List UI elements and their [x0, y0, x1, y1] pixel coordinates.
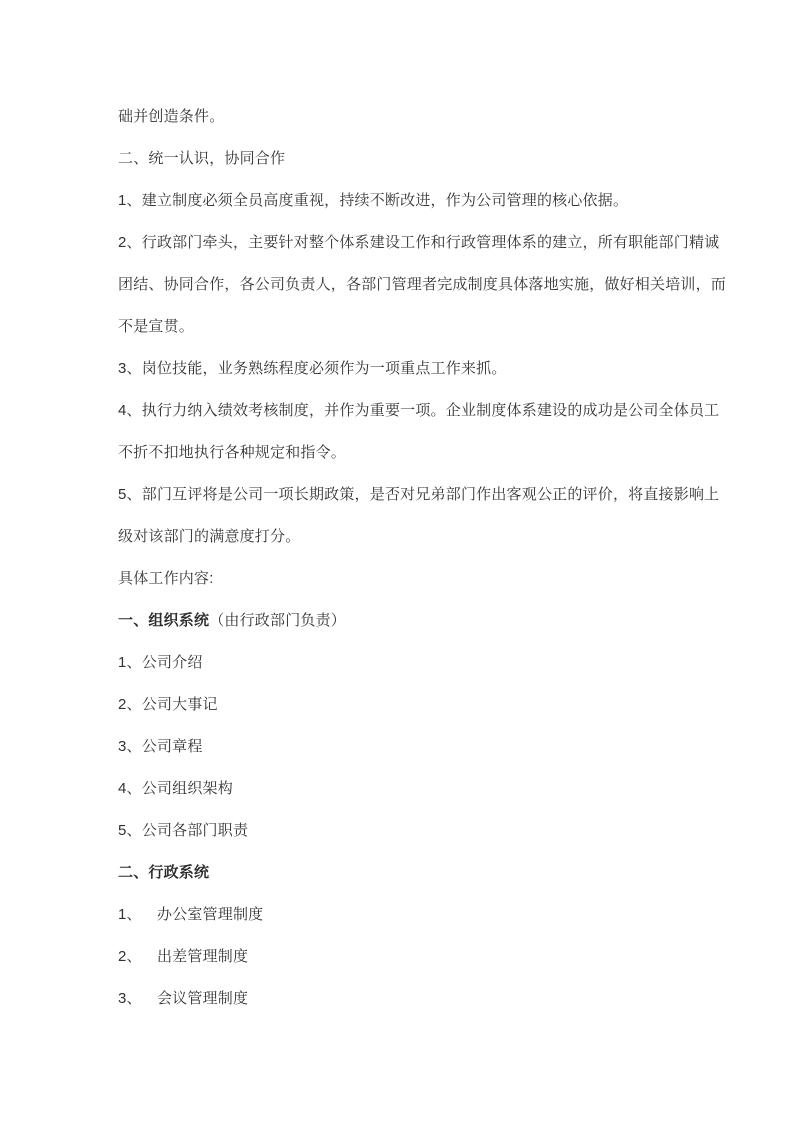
text-line: 1、公司介绍: [118, 642, 675, 684]
document-page: 础并创造条件。二、统一认识，协同合作1、建立制度必须全员高度重视，持续不断改进，…: [0, 0, 793, 1122]
text-line: 4、公司组织架构: [118, 768, 675, 810]
text-line: 2、公司大事记: [118, 684, 675, 726]
text-line: 3、岗位技能，业务熟练程度必须作为一项重点工作来抓。: [118, 348, 675, 390]
text-line: 3、公司章程: [118, 726, 675, 768]
text-line: 二、统一认识，协同合作: [118, 138, 675, 180]
text-line: 具体工作内容:: [118, 558, 675, 600]
text-line: 2、 出差管理制度: [118, 936, 675, 978]
heading-line: 二、行政系统: [118, 852, 675, 894]
text-line: 1、建立制度必须全员高度重视，持续不断改进，作为公司管理的核心依据。: [118, 180, 675, 222]
text-line: 5、部门互评将是公司一项长期政策，是否对兄弟部门作出客观公正的评价，将直接影响上: [118, 474, 675, 516]
text-line: 级对该部门的满意度打分。: [118, 516, 675, 558]
text-line: 不是宣贯。: [118, 306, 675, 348]
text-line: 团结、协同合作，各公司负责人，各部门管理者完成制度具体落地实施，做好相关培训，而: [118, 264, 675, 306]
text-line: 础并创造条件。: [118, 96, 675, 138]
heading-line: 一、组织系统（由行政部门负责）: [118, 600, 675, 642]
text-line: 1、 办公室管理制度: [118, 894, 675, 936]
text-line: 4、执行力纳入绩效考核制度，并作为重要一项。企业制度体系建设的成功是公司全体员工: [118, 390, 675, 432]
text-line: 5、公司各部门职责: [118, 810, 675, 852]
heading-regular-text: （由行政部门负责）: [209, 612, 346, 629]
text-line: 2、行政部门牵头，主要针对整个体系建设工作和行政管理体系的建立，所有职能部门精诚: [118, 222, 675, 264]
text-line: 3、 会议管理制度: [118, 978, 675, 1020]
heading-bold-text: 一、组织系统: [118, 612, 209, 629]
text-line: 不折不扣地执行各种规定和指令。: [118, 432, 675, 474]
document-text-block: 础并创造条件。二、统一认识，协同合作1、建立制度必须全员高度重视，持续不断改进，…: [118, 96, 675, 1020]
